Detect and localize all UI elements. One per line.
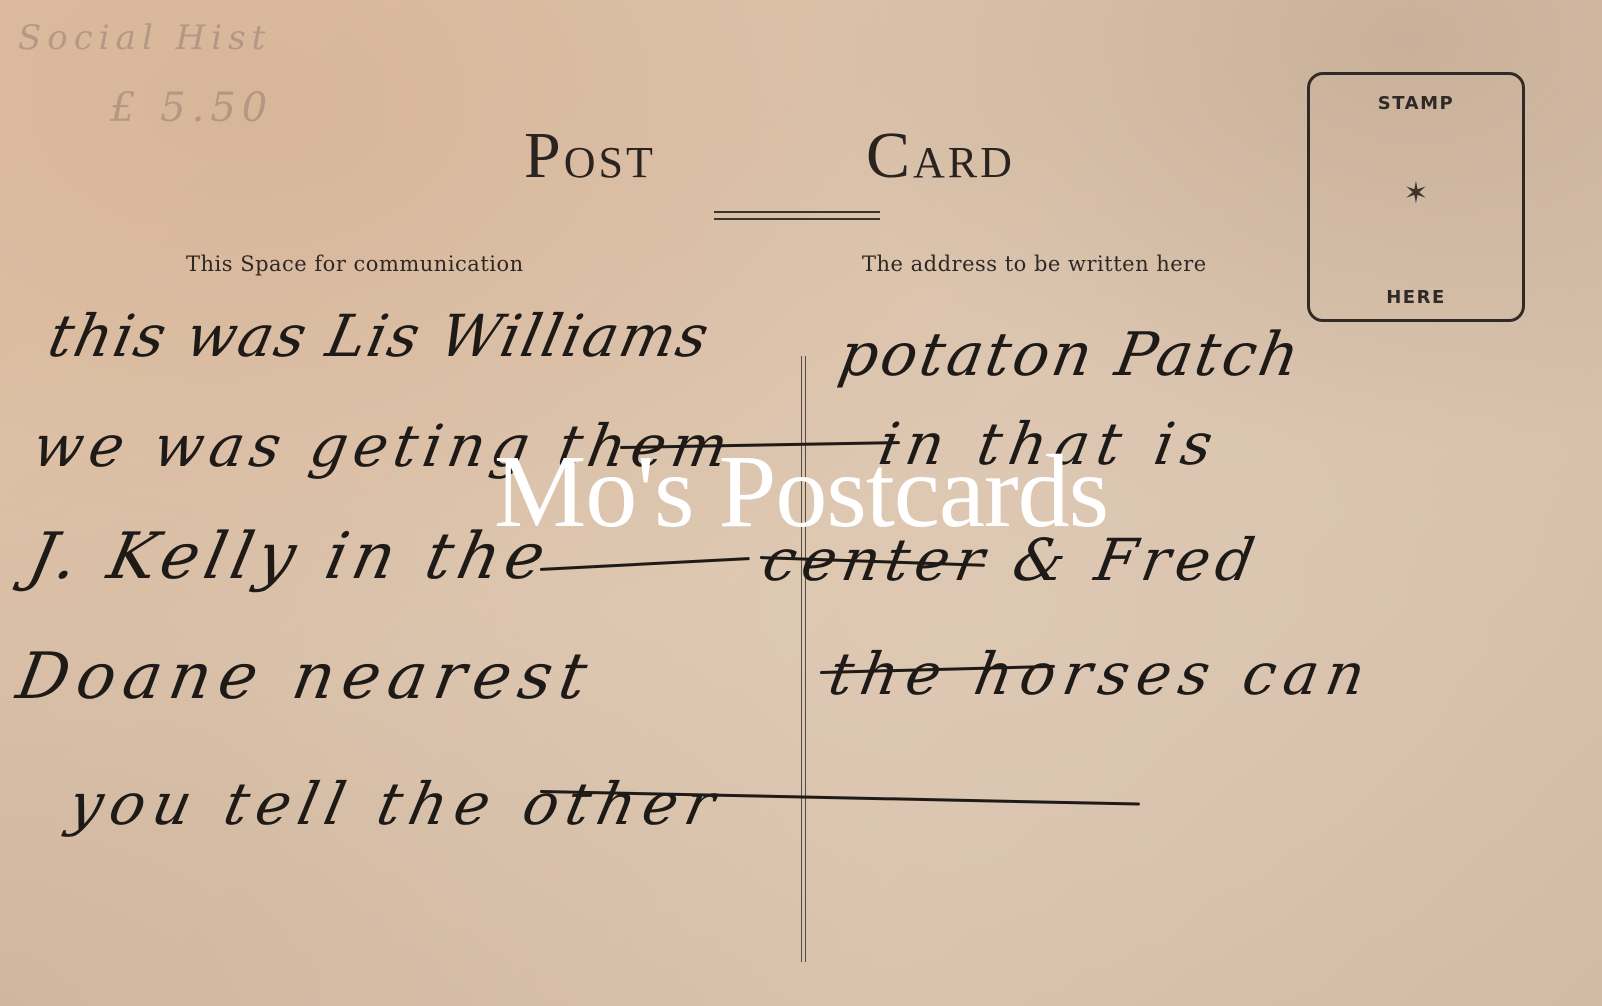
ink-stroke [540,557,750,571]
pencil-note-line-1: Social Hist [18,18,271,58]
stamp-label-bottom: HERE [1310,287,1522,308]
handwriting-line-1-right: potaton Patch [834,320,1308,390]
star-icon: ✶ [1310,179,1522,209]
title-underline-top [714,211,880,213]
handwriting-line-1-left: this was Lis Williams [43,302,717,370]
postcard-back: Social Hist £ 5.50 POST CARD This Space … [0,0,1602,1006]
title-word-card: CARD [866,118,1015,194]
stamp-label-top: STAMP [1310,93,1522,114]
stamp-box: STAMP ✶ HERE [1307,72,1525,322]
watermark: Mo's Postcards [0,440,1602,544]
handwriting-line-5: you tell the other [63,770,729,838]
title-underline-bottom [714,218,880,220]
handwriting-line-4-left: Doane nearest [11,640,600,714]
handwriting-line-4-right: the horses can [824,640,1378,708]
title-word-post: POST [524,118,656,194]
address-label: The address to be written here [862,252,1207,276]
communication-label: This Space for communication [186,252,524,276]
